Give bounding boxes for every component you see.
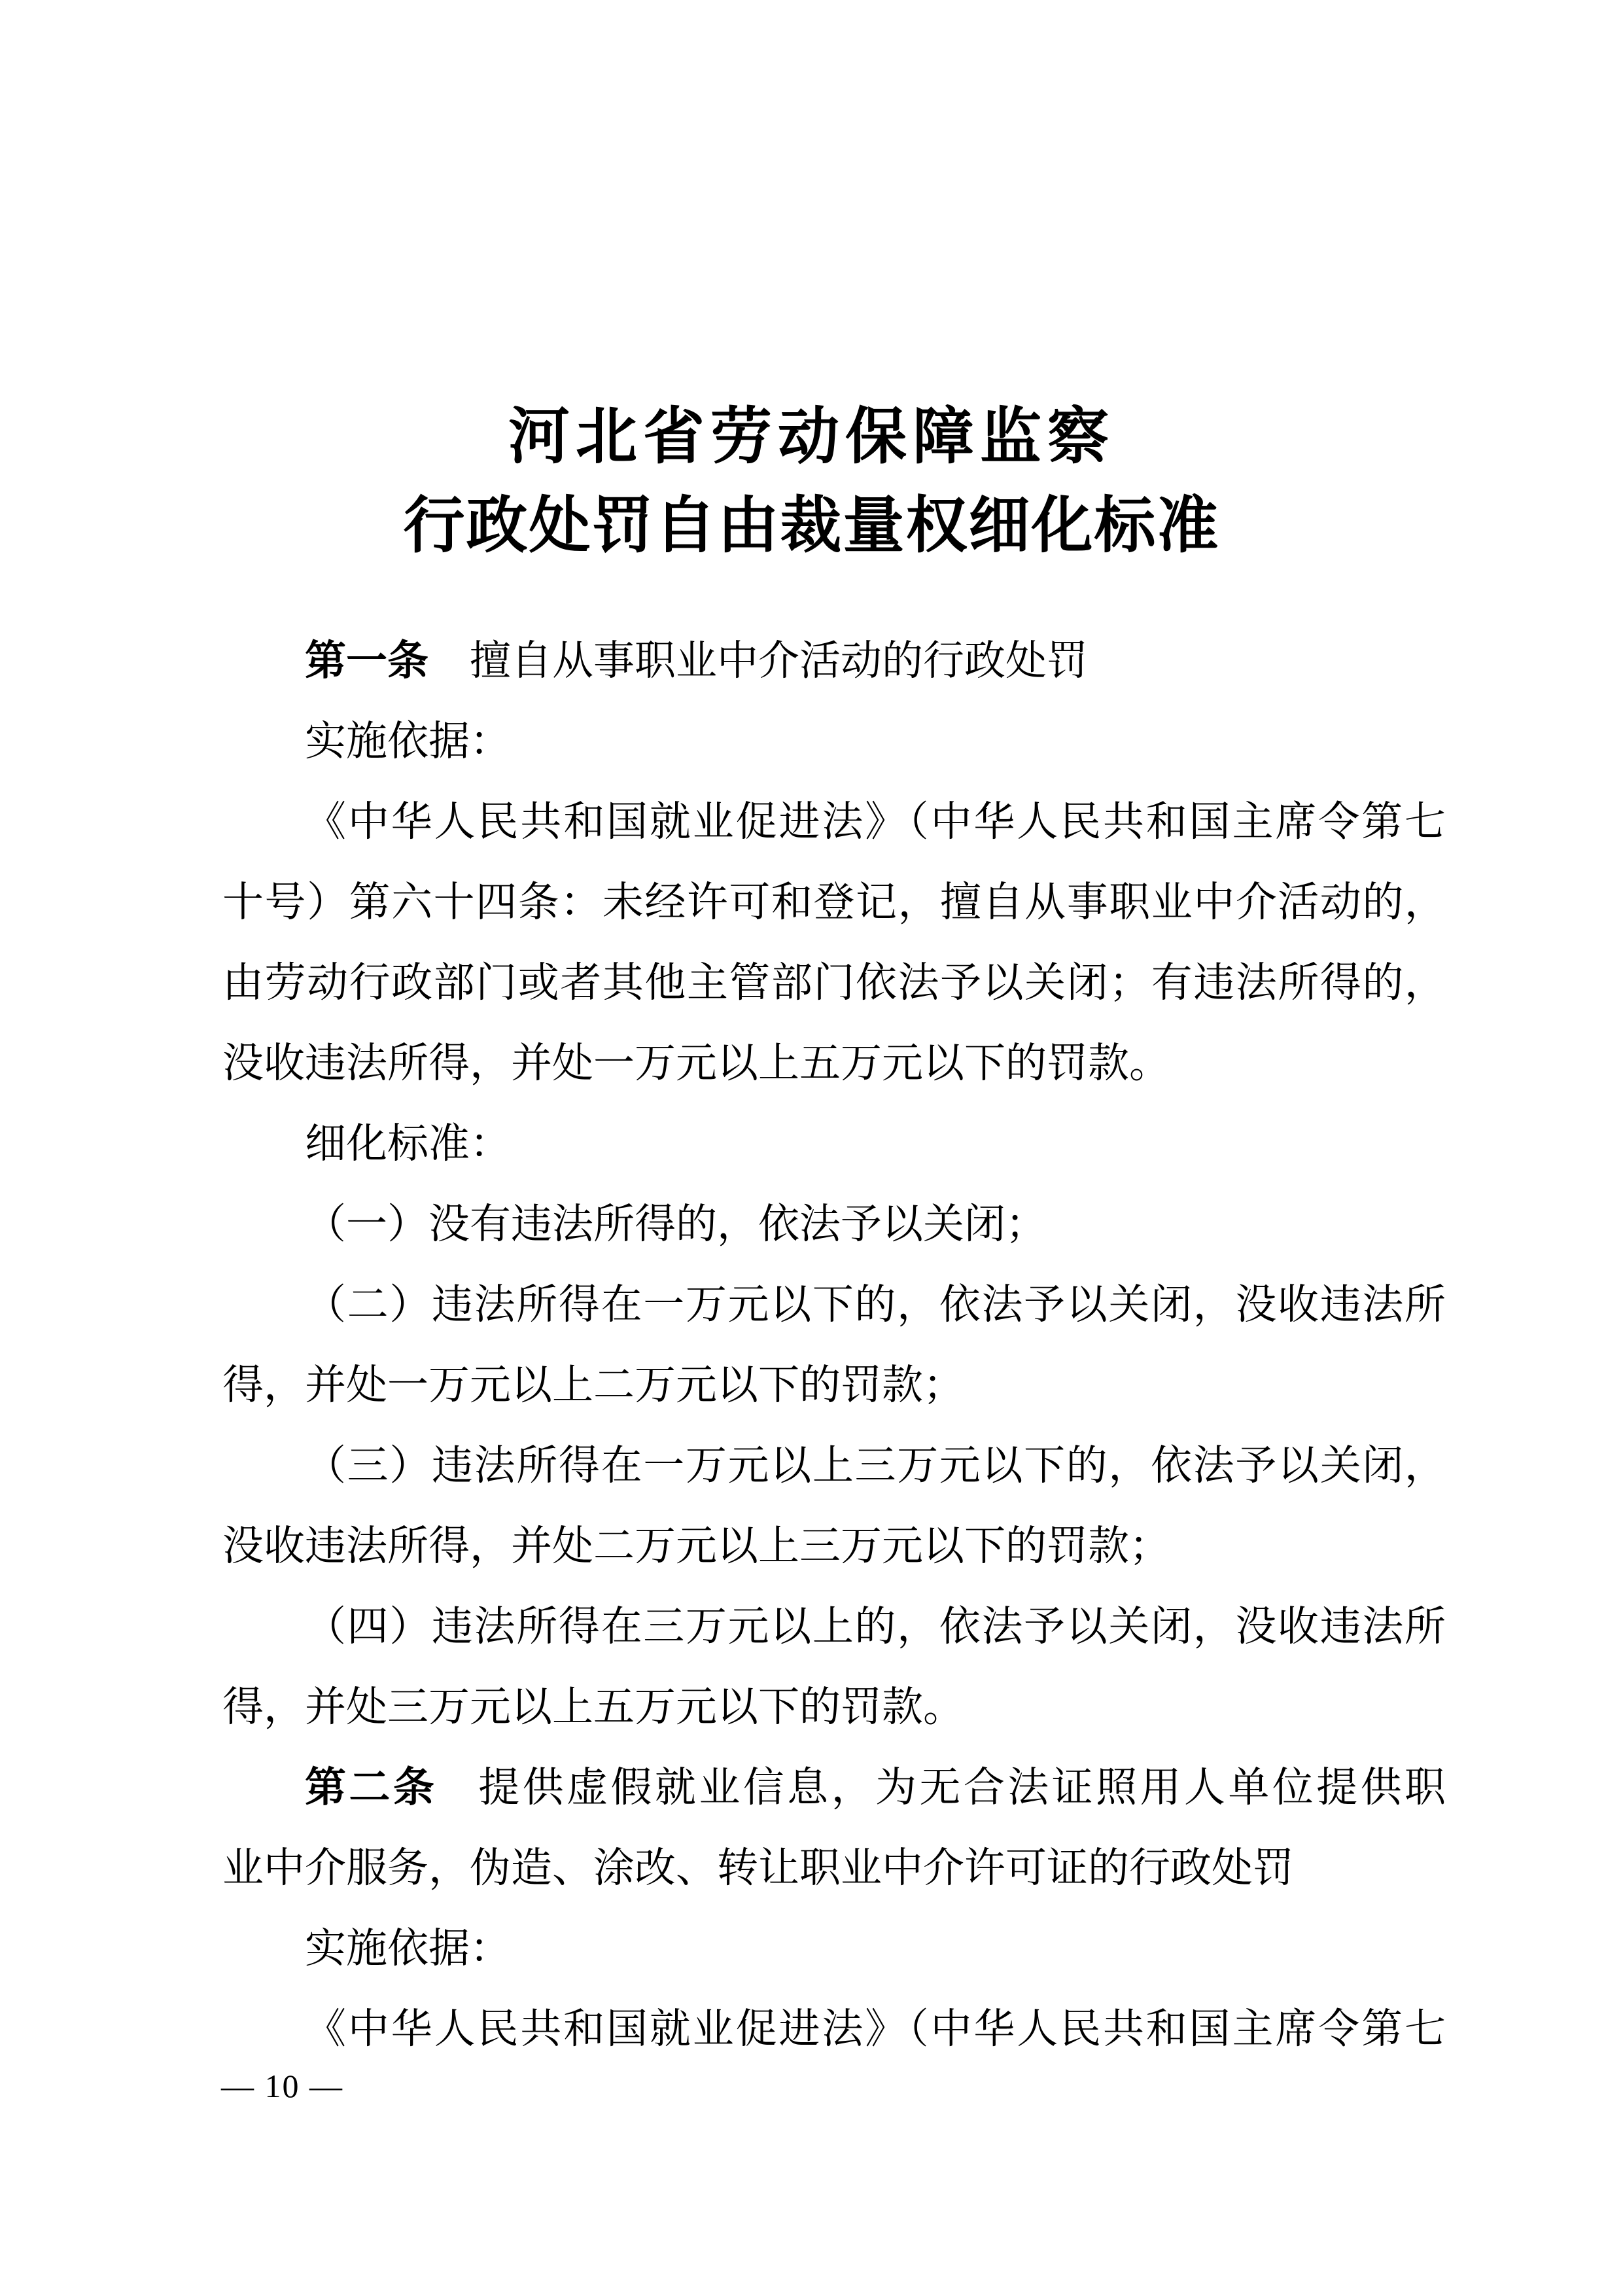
body-line: 实施依据：	[222, 1909, 1446, 1989]
body-line-text: 提供虚假就业信息，为无合法证照用人单位提供职	[478, 1765, 1446, 1810]
body-line-text: 实施依据：	[305, 718, 511, 764]
body-line: 业中介服务，伪造、涂改、转让职业中介许可证的行政处罚	[222, 1828, 1446, 1909]
body-line: （三）违法所得在一万元以上三万元以下的，依法予以关闭，	[222, 1426, 1446, 1506]
body-line-text: 没收违法所得，并处一万元以上五万元以下的罚款。	[222, 1040, 1170, 1086]
body-line-text: 《中华人民共和国就业促进法》（中华人民共和国主席令第七	[305, 2006, 1446, 2052]
body-line: 得，并处三万元以上五万元以下的罚款。	[222, 1667, 1446, 1748]
body-line: 细化标准：	[222, 1104, 1446, 1184]
body-line-text: 得，并处三万元以上五万元以下的罚款。	[222, 1684, 964, 1730]
body-line: （一）没有违法所得的，依法予以关闭；	[222, 1184, 1446, 1265]
body-line: 《中华人民共和国就业促进法》（中华人民共和国主席令第七	[222, 782, 1446, 862]
body-line: 没收违法所得，并处二万元以上三万元以下的罚款；	[222, 1506, 1446, 1587]
body-line: （二）违法所得在一万元以下的，依法予以关闭，没收违法所	[222, 1265, 1446, 1345]
body-line-text: （二）违法所得在一万元以下的，依法予以关闭，没收违法所	[305, 1282, 1446, 1328]
page-number-text: — 10 —	[221, 2068, 343, 2104]
body-line-text: 十号）第六十四条：未经许可和登记，擅自从事职业中介活动的，	[222, 879, 1446, 925]
body-line: 十号）第六十四条：未经许可和登记，擅自从事职业中介活动的，	[222, 862, 1446, 943]
body-line-text: 由劳动行政部门或者其他主管部门依法予以关闭；有违法所得的，	[222, 960, 1446, 1006]
body-line-text: （四）违法所得在三万元以上的，依法予以关闭，没收违法所	[305, 1604, 1446, 1650]
page-number: — 10 —	[221, 2066, 343, 2106]
body-line-text: 《中华人民共和国就业促进法》（中华人民共和国主席令第七	[305, 799, 1446, 845]
article-label: 第二条	[305, 1765, 437, 1810]
title-line-1: 河北省劳动保障监察	[0, 393, 1623, 482]
body-line-text: 细化标准：	[305, 1121, 511, 1167]
document-page: 河北省劳动保障监察 行政处罚自由裁量权细化标准 第一条擅自从事职业中介活动的行政…	[0, 0, 1623, 2296]
body-line: 没收违法所得，并处一万元以上五万元以下的罚款。	[222, 1023, 1446, 1104]
body-line: 第一条擅自从事职业中介活动的行政处罚	[222, 621, 1446, 701]
body-line-text: 没收违法所得，并处二万元以上三万元以下的罚款；	[222, 1523, 1170, 1569]
document-body: 第一条擅自从事职业中介活动的行政处罚实施依据：《中华人民共和国就业促进法》（中华…	[222, 621, 1446, 2070]
body-line-text: 擅自从事职业中介活动的行政处罚	[470, 638, 1088, 684]
body-line-text: 得，并处一万元以上二万元以下的罚款；	[222, 1362, 964, 1408]
body-line: 第二条提供虚假就业信息，为无合法证照用人单位提供职	[222, 1748, 1446, 1828]
body-line: 得，并处一万元以上二万元以下的罚款；	[222, 1345, 1446, 1426]
body-line-text: 业中介服务，伪造、涂改、转让职业中介许可证的行政处罚	[222, 1845, 1294, 1891]
article-label: 第一条	[305, 638, 428, 684]
body-line-text: （一）没有违法所得的，依法予以关闭；	[305, 1201, 1047, 1247]
body-line: （四）违法所得在三万元以上的，依法予以关闭，没收违法所	[222, 1587, 1446, 1667]
body-line: 《中华人民共和国就业促进法》（中华人民共和国主席令第七	[222, 1989, 1446, 2070]
body-line: 实施依据：	[222, 701, 1446, 782]
title-line-2: 行政处罚自由裁量权细化标准	[0, 482, 1623, 571]
document-title: 河北省劳动保障监察 行政处罚自由裁量权细化标准	[0, 393, 1623, 571]
body-line: 由劳动行政部门或者其他主管部门依法予以关闭；有违法所得的，	[222, 943, 1446, 1023]
body-line-text: （三）违法所得在一万元以上三万元以下的，依法予以关闭，	[305, 1443, 1446, 1489]
body-line-text: 实施依据：	[305, 1926, 511, 1971]
